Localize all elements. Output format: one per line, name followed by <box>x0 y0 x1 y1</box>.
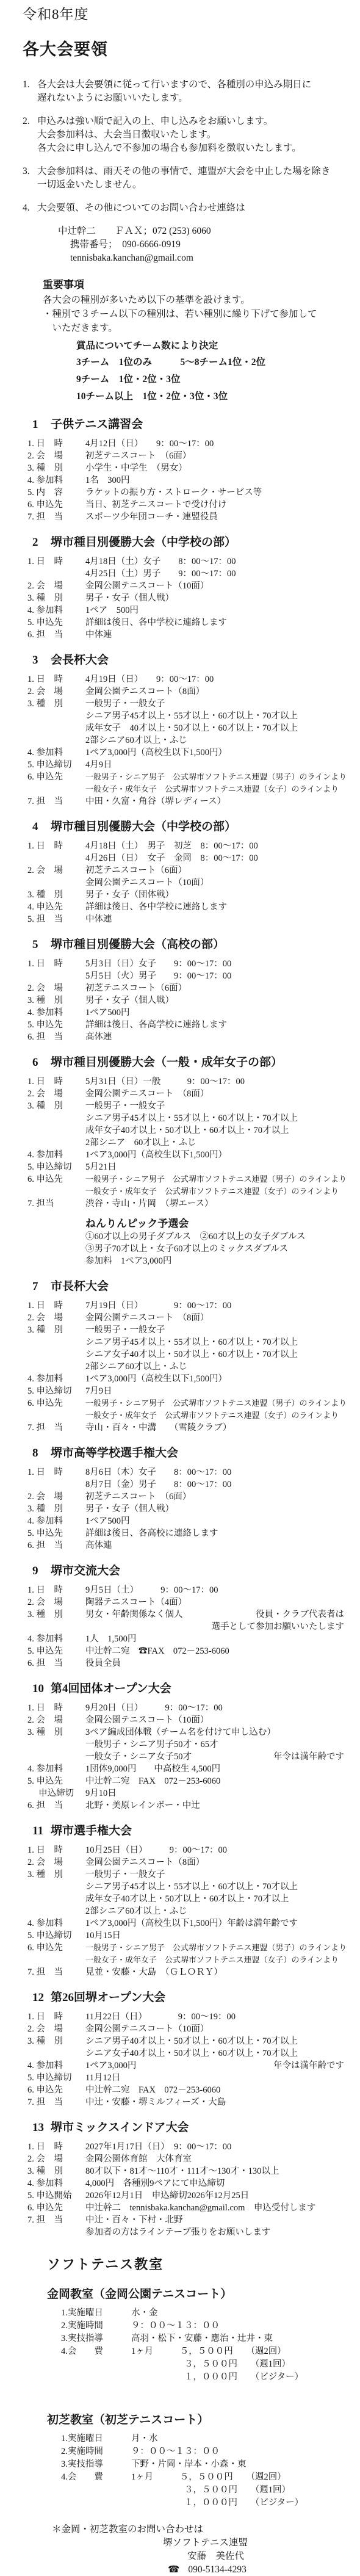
value-line: 役員全員 <box>85 1657 345 1670</box>
detail-row: 4. 参加料1ペア500円 <box>27 1007 345 1019</box>
value-line: 11月12日 <box>85 2072 345 2084</box>
section-items: 1. 日 時10月25日（日） 9：00～17：002. 会 場金岡公園テニスコ… <box>27 1844 345 1978</box>
value-line: 1ペア3,000円年令は満年齢です <box>85 2060 345 2072</box>
detail-value: 5月21日 <box>85 1161 345 1173</box>
value-line: 小学生・中学生 （男女） <box>85 462 345 474</box>
detail-label: 7. 担当 <box>27 1198 85 1210</box>
detail-label: 6. 申込先 <box>27 771 85 795</box>
detail-label: 1. 日 時 <box>27 2141 85 2153</box>
detail-value: 一般男子・シニア男子 公式堺市ソフトテニス連盟（男子）のラインより一般女子・成年… <box>85 1397 345 1422</box>
detail-label: 1. 日 時 <box>27 958 85 982</box>
value-line: 5月31日（日）一般 9：00～17：00 <box>85 1076 345 1088</box>
detail-row: 4. 参加料4,000円 各種別9ペアにて申込締切 <box>27 2177 345 2190</box>
detail-value: シニア男子40才以上・50才以上・60才以上・70才以上シニア女子40才以上・5… <box>85 2035 345 2060</box>
detail-value: 1ペア3,000円（高校生以下1,500円） <box>85 1149 345 1161</box>
detail-value: 高体連 <box>85 1031 345 1043</box>
detail-value: 3ペア編成団体戦（チーム名を付けて申し込む）一般男子・シニア男子50才・65才一… <box>85 1726 345 1763</box>
detail-row: 4. 申込先詳細は後日、各中学校に連絡します <box>27 901 345 913</box>
detail-value: 中辻・百々・下村・北野参加者の方はラインテープ張りをお願いします <box>85 2214 345 2238</box>
detail-label: 4. 参加料 <box>27 1515 85 1527</box>
value-line: 1人 1,500円 <box>85 1633 345 1645</box>
detail-value: 金岡公園テニスコート（10面） <box>85 580 345 592</box>
value-note: 年令は満年齢です <box>273 2060 344 2072</box>
tournament-section: 1子供テニス講習会1. 日 時4月12日（日） 9：00～17：002. 会 場… <box>23 418 345 523</box>
section-number: 6 <box>32 1055 51 1070</box>
detail-value: 9月20日（日） 9：00～17：00 <box>85 1702 345 1714</box>
value-line: 中辻・安藤・堺ミルフィーズ・大島 <box>85 2096 345 2108</box>
tournament-sections: 1子供テニス講習会1. 日 時4月12日（日） 9：00～17：002. 会 場… <box>23 418 345 2238</box>
section-title: 堺市種目別優勝大会（高校の部） <box>51 938 225 952</box>
detail-label: 7. 担 当 <box>27 1966 85 1978</box>
detail-value: 金岡公園テニスコート（8面） <box>85 686 345 698</box>
detail-label: 5. 申込先 <box>27 1527 85 1539</box>
section-items: 1. 日 時11月22日（日） 9：00～19：002. 会 場金岡公園テニスコ… <box>27 2011 345 2108</box>
detail-value: 金岡公園体育館 大体育室 <box>85 2153 345 2165</box>
detail-row: 7. 担 当スポーツ少年団コーチ・連盟役員 <box>27 511 345 523</box>
detail-label: 5. 内 容 <box>27 487 85 499</box>
detail-label: 5. 申込先 <box>27 617 85 629</box>
detail-value: 一般男子・シニア男子 公式堺市ソフトテニス連盟（男子）のラインより一般女子・成年… <box>85 1173 345 1198</box>
detail-value: 水・金 <box>131 2307 345 2320</box>
detail-value: 金岡公園テニスコート（10面） <box>85 2023 345 2035</box>
value-line: 高羽・松下・安藤・應治・辻井・東 <box>131 2332 345 2345</box>
detail-value: 4月19日（日） 9：00～17：00 <box>85 673 345 686</box>
detail-row: 3. 種 別一般男子・一般女子シニア男子45才以上・55才以上・60才以上・70… <box>27 1100 345 1149</box>
detail-label: 4. 参加料 <box>27 747 85 759</box>
detail-value: 1ペア3,000円年令は満年齢です <box>85 2060 345 2072</box>
detail-value: 10月25日（日） 9：00～17：00 <box>85 1844 345 1856</box>
detail-value: 北野・美原レインボー・中辻 <box>85 1800 345 1812</box>
detail-label: 4. 参加料 <box>27 1917 85 1930</box>
section-heading: 12第26回堺オープン大会 <box>32 1991 345 2005</box>
detail-label: 5. 申込先 <box>27 1645 85 1657</box>
important-notice-title: 重要事項 <box>43 277 345 293</box>
detail-row: 3. 種 別80才以下・81才～110才・111才～130才・130以上 <box>27 2165 345 2177</box>
value-line: 大会要領、その他についてのお問い合わせ連絡は <box>37 201 345 215</box>
value-line: 4月19日（日） 9：00～17：00 <box>85 673 345 686</box>
value-line: ・種別で３チーム以下の種別は、若い種別に繰り下げて参加して <box>43 307 345 321</box>
section-items: 1. 日 時4月18日（土） 男子 初芝 8：00～17：004月26日（日） … <box>27 840 345 925</box>
value-line: 男子・女子（団体戦） <box>85 889 345 901</box>
detail-label: 3. 種 別 <box>27 592 85 604</box>
section-number: 1 <box>32 418 51 432</box>
value-line: 7月19日（日） 9：00～17：00 <box>85 1300 345 1312</box>
detail-row: 7. 担 当寺山・百々・中溝 （雪陵クラブ） <box>27 1422 345 1434</box>
detail-value: 8月6日（木）女子 8：00～17：008月7日（金）男子 8：00～17：00 <box>85 1466 345 1491</box>
value-line: ３，５００円 （週1回） <box>131 2484 345 2497</box>
footer-phone-line: ☎090-5134-4293 <box>168 2563 345 2576</box>
detail-row: 2. 会 場初芝テニスコート（6面）金岡公園テニスコート（10面） <box>27 864 345 889</box>
section-title: 堺市種目別優勝大会（中学校の部） <box>51 535 236 550</box>
detail-row: 1. 日 時4月18日（土）女子 8：00～17：004月25日（土）男子 9：… <box>27 555 345 580</box>
detail-value: 詳細は後日、各高学校に連絡します <box>85 1019 345 1031</box>
value-text: 一般女子・シニア女子50才 <box>85 1751 192 1763</box>
detail-value: ９：００～１３：００ <box>131 2320 345 2332</box>
footer-note: ＊金岡・初芝教室のお問い合わせは <box>52 2523 345 2536</box>
detail-value: 詳細は後日、各中学校に連絡します <box>85 617 345 629</box>
detail-row: 4. 参加料1ペア500円 <box>27 1515 345 1527</box>
detail-row: 3. 種 別一般男子・一般女子シニア男子45才以上・55才以上・60才以上・70… <box>27 1324 345 1373</box>
detail-label: 3. 種 別 <box>27 698 85 747</box>
intro-item-number: 4. <box>23 201 37 215</box>
detail-label: 6. 申込先 <box>27 1173 85 1198</box>
value-text: 男女・年齢関係なく個人 <box>85 1608 183 1621</box>
detail-row: 7. 担 当中辻・百々・下村・北野参加者の方はラインテープ張りをお願いします <box>27 2214 345 2238</box>
detail-row: 2. 会 場金岡公園テニスコート（10面） <box>27 1714 345 1726</box>
detail-row: 2. 会 場初芝テニスコート（6面） <box>27 982 345 994</box>
important-notice: 重要事項 各大会の種別が多いため以下の基準を設けます。・種別で３チーム以下の種別… <box>43 277 345 405</box>
detail-label: 4. 参加料 <box>27 1149 85 1161</box>
tournament-section: 7市長杯大会1. 日 時7月19日（日） 9：00～17：002. 会 場金岡公… <box>23 1279 345 1434</box>
tournament-section: 9堺市交流大会1. 日 時9月5日（土） 9：00～17：002. 会 場陶器テ… <box>23 1564 345 1670</box>
value-line: 高体連 <box>85 1539 345 1552</box>
detail-row: 6. 申込先一般男子・シニア男子 公式堺市ソフトテニス連盟（男子）のラインより一… <box>27 1173 345 1198</box>
detail-label: 7. 担 当 <box>27 2214 85 2238</box>
detail-row: 6. 申込先当日、初芝テニスコートで受け付け <box>27 499 345 511</box>
value-line: 1ペア500円 <box>85 1515 345 1527</box>
detail-label: 1. 日 時 <box>27 840 85 864</box>
tournament-section: 11堺市選手権大会1. 日 時10月25日（日） 9：00～17：002. 会 … <box>23 1824 345 1978</box>
detail-label: 7. 担 当 <box>27 511 85 523</box>
value-line: 10月15日 <box>85 1930 345 1942</box>
detail-label: 7. 担 当 <box>27 795 85 808</box>
value-line: 一般女子・シニア女子50才年令は満年齢です <box>85 1751 345 1763</box>
detail-label: 2. 会 場 <box>27 580 85 592</box>
detail-label: 7. 担 当 <box>27 2096 85 2108</box>
section-number: 3 <box>32 653 51 668</box>
value-line: シニア男子45才以上・55才以上・60才以上・70才以上 <box>85 1881 345 1893</box>
value-line: 詳細は後日、各中学校に連絡します <box>85 901 345 913</box>
detail-value: 詳細は後日、各中学校に連絡します <box>85 901 345 913</box>
classroom-list: 金岡教室（金岡公園テニスコート）1.実施曜日水・金2.実施時間９：００～１３：０… <box>23 2287 345 2509</box>
value-line: 2027年1月17日（日） 9：00～17：00 <box>85 2141 345 2153</box>
document-page: 令和8年度 各大会要領 1.各大会は大会要領に従って行いますので、各種別の申込み… <box>0 0 360 2576</box>
detail-row: 7. 担当渋谷・寺山・片岡 （堺エース） <box>27 1198 345 1210</box>
contact-line: 中辻幹二 ＦＡＸ；072 (253) 6060 <box>58 225 345 238</box>
section-items: 1. 日 時8月6日（木）女子 8：00～17：008月7日（金）男子 8：00… <box>27 1466 345 1552</box>
detail-label: 4. 参加料 <box>27 474 85 487</box>
detail-value: 中体連 <box>85 629 345 641</box>
value-line: 1ヶ月 ５，５００円 （週2回） <box>131 2345 345 2358</box>
value-line: 一般女子・成年女子 公式堺市ソフトテニス連盟（女子）のラインより <box>85 1185 345 1198</box>
detail-label: 1. 日 時 <box>27 1844 85 1856</box>
detail-value: 11月12日 <box>85 2072 345 2084</box>
detail-label: 3. 種 別 <box>27 1100 85 1149</box>
detail-value: 5月31日（日）一般 9：00～17：00 <box>85 1076 345 1088</box>
detail-row: 4. 参加料1ペア3,000円年令は満年齢です <box>27 2060 345 2072</box>
detail-row: 2.実施時間９：００～１３：００ <box>61 2320 345 2332</box>
detail-value: 小学生・中学生 （男女） <box>85 462 345 474</box>
value-line: いただきます。 <box>43 321 345 335</box>
detail-value: 一般男子・一般女子シニア男子45才以上・55才以上・60才以上・70才以上成年女… <box>85 1869 345 1917</box>
value-line: 参加者の方はラインテープ張りをお願いします <box>85 2226 345 2238</box>
contact-line: tennisbaka.kanchan@gmail.com <box>70 251 345 265</box>
detail-value: 男子・女子（個人戦） <box>85 592 345 604</box>
detail-label: 2. 会 場 <box>27 450 85 462</box>
detail-label: 1. 日 時 <box>27 438 85 450</box>
detail-row: 3. 種 別一般男子・一般女子シニア男子45才以上・55才以上・60才以上・70… <box>27 1869 345 1917</box>
section-number: 7 <box>32 1279 51 1294</box>
detail-value: 初芝テニスコート （6面） <box>85 1491 345 1503</box>
detail-label: 2.実施時間 <box>61 2445 131 2458</box>
value-line: 一般男子・シニア男子 公式堺市ソフトテニス連盟（男子）のラインより <box>85 771 345 783</box>
value-line: 中体連 <box>85 629 345 641</box>
value-line: 9月20日（日） 9：00～17：00 <box>85 1702 345 1714</box>
detail-label: 4. 参加料 <box>27 1007 85 1019</box>
detail-value: 男子・女子（個人戦） <box>85 994 345 1007</box>
detail-row: 1. 日 時4月19日（日） 9：00～17：00 <box>27 673 345 686</box>
value-line: 成年女子40才以上・50才以上・60才以上・70才以上 <box>85 1893 345 1905</box>
value-line: 1団体9,000円 中高校生 4,500円 <box>85 1763 345 1775</box>
value-line: 10月25日（日） 9：00～17：00 <box>85 1844 345 1856</box>
section-heading: 7市長杯大会 <box>32 1279 345 1294</box>
detail-row: 2. 会 場金岡公園テニスコート（8面） <box>27 686 345 698</box>
detail-value: 4月18日（土） 男子 初芝 8：00～17：004月26日（日） 女子 金岡 … <box>85 840 345 864</box>
detail-row: 2. 会 場金岡公園テニスコート （8面） <box>27 1312 345 1324</box>
value-line: 一般男子・一般女子 <box>85 1869 345 1881</box>
detail-row: 4. 参加料1ペア3,000円（高校生以下1,500円） <box>27 1149 345 1161</box>
detail-value: 1ペア500円 <box>85 1515 345 1527</box>
detail-row: 7. 担 当中辻・安藤・堺ミルフィーズ・大島 <box>27 2096 345 2108</box>
detail-value: 一般男子・シニア男子 公式堺市ソフトテニス連盟（男子）のラインより一般女子・成年… <box>85 771 345 795</box>
section-title: 堺市種目別優勝大会（一般・成年女子の部） <box>51 1055 283 1070</box>
detail-label: 4. 参加料 <box>27 1763 85 1775</box>
detail-value: 7月19日（日） 9：00～17：00 <box>85 1300 345 1312</box>
detail-row: 3.実技指導高羽・松下・安藤・應治・辻井・東 <box>61 2332 345 2345</box>
section-items: 1. 日 時9月5日（土） 9：00～17：002. 会 場陶器テニスコート（4… <box>27 1584 345 1670</box>
value-line: 寺山・百々・中溝 （雪陵クラブ） <box>85 1422 345 1434</box>
detail-row: 2.実施時間９：００～１３：００ <box>61 2445 345 2458</box>
detail-row: 2. 会 場陶器テニスコート（4面） <box>27 1596 345 1608</box>
section-title: 市長杯大会 <box>51 1279 109 1294</box>
section-items: 1. 日 時5月31日（日）一般 9：00～17：002. 会 場金岡公園テニス… <box>27 1076 345 1210</box>
detail-value: 1ペア3,000円（高校生以下1,500円） <box>85 1373 345 1385</box>
intro-item-text: 大会参加料は、雨天その他の事情で、連盟が大会を中止した場を除き一切返金いたしませ… <box>37 165 345 192</box>
detail-label: 4. 参加料 <box>27 2060 85 2072</box>
detail-value: 4月9日 <box>85 759 345 771</box>
value-line: 初芝テニスコート （6面） <box>85 450 345 462</box>
detail-value: 金岡公園テニスコート （8面） <box>85 1312 345 1324</box>
tournament-section: 6堺市種目別優勝大会（一般・成年女子の部）1. 日 時5月31日（日）一般 9：… <box>23 1055 345 1267</box>
detail-value: 1ヶ月 ５，５００円 （週2回） ３，５００円 （週1回） １，０００円 （ビジ… <box>131 2345 345 2384</box>
value-line: ３，５００円 （週1回） <box>131 2358 345 2371</box>
detail-row: 1. 日 時2027年1月17日（日） 9：00～17：00 <box>27 2141 345 2153</box>
detail-label: 4. 参加料 <box>27 604 85 617</box>
value-line: 金岡公園テニスコート （8面） <box>85 1312 345 1324</box>
prize-rules-title: 賞品についてチーム数により決定 <box>76 338 345 354</box>
detail-label: 3. 種 別 <box>27 2165 85 2177</box>
prize-rules: 賞品についてチーム数により決定 3チーム 1位のみ 5～8チーム1位・2位9チー… <box>76 338 345 405</box>
value-line: 金岡公園テニスコート（10面） <box>85 1714 345 1726</box>
value-line: 詳細は後日、各高校に連絡します <box>85 1527 345 1539</box>
value-line: 5月3日（日）女子 9：00～17：00 <box>85 958 345 970</box>
value-line: 2026年12月1日 申込締切2026年12月25日 <box>85 2190 345 2202</box>
value-line: 1ペア 500円 <box>85 604 345 617</box>
detail-label: 5. 申込開始 <box>27 2190 85 2202</box>
detail-value: 11月22日（日） 9：00～19：00 <box>85 2011 345 2023</box>
detail-label: 6. 申込先 <box>27 1397 85 1422</box>
era-year: 令和8年度 <box>23 6 345 23</box>
footer-organization: 堺ソフトテニス連盟 <box>163 2536 345 2550</box>
detail-row: 4. 参加料1団体9,000円 中高校生 4,500円 <box>27 1763 345 1775</box>
value-line: 4月9日 <box>85 759 345 771</box>
detail-value: 中田・久富・角谷（堺レディース） <box>85 795 345 808</box>
detail-label: 3.実技指導 <box>61 2458 131 2471</box>
detail-row: 1.実施曜日月・水 <box>61 2433 345 2445</box>
value-line: 4月18日（土） 男子 初芝 8：00～17：00 <box>85 840 345 852</box>
detail-row: 5. 申込先詳細は後日、各高学校に連絡します <box>27 1019 345 1031</box>
value-line: 各大会の種別が多いため以下の基準を設けます。 <box>43 293 345 307</box>
detail-value: 1ペア500円 <box>85 1007 345 1019</box>
detail-label: 5. 申込締切 <box>27 1930 85 1942</box>
value-line: 3ペア編成団体戦（チーム名を付けて申し込む） <box>85 1726 345 1738</box>
intro-item-text: 申込みは強い順で記入の上、申し込みをお願いします。大会参加料は、大会当日徴収いた… <box>37 115 345 155</box>
detail-label: 2. 会 場 <box>27 864 85 889</box>
detail-label: 1. 日 時 <box>27 2011 85 2023</box>
detail-label: 1. 日 時 <box>27 555 85 580</box>
detail-value: 金岡公園テニスコート（10面） <box>85 1714 345 1726</box>
detail-row: 3. 種 別小学生・中学生 （男女） <box>27 462 345 474</box>
value-line: 陶器テニスコート（4面） <box>85 1596 345 1608</box>
detail-label: 5. 担 当 <box>27 913 85 925</box>
detail-label: 4. 参加料 <box>27 1373 85 1385</box>
value-line: 選手として参加お願いいたします <box>85 1621 345 1633</box>
section-title: 第26回堺オープン大会 <box>51 1991 165 2005</box>
value-line: 金岡公園テニスコート（10面） <box>85 580 345 592</box>
intro-item-number: 1. <box>23 78 37 105</box>
value-line: 9チーム 1位・2位・3位 <box>76 371 345 388</box>
value-line: 金岡公園テニスコート （8面） <box>85 1088 345 1100</box>
section-heading: 1子供テニス講習会 <box>32 418 345 432</box>
value-line: 3チーム 1位のみ 5～8チーム1位・2位 <box>76 354 345 371</box>
value-line: 一般女子・成年女子 公式堺市ソフトテニス連盟（女子）のラインより <box>85 783 345 795</box>
detail-row: 6. 担 当高体連 <box>27 1031 345 1043</box>
contact-block: 中辻幹二 ＦＡＸ；072 (253) 6060携帯番号； 090-6666-09… <box>58 225 345 265</box>
detail-row: 2. 会 場初芝テニスコート （6面） <box>27 450 345 462</box>
detail-row: 5. 申込締切10月15日 <box>27 1930 345 1942</box>
detail-value: 高羽・松下・安藤・應治・辻井・東 <box>131 2332 345 2345</box>
value-line: 初芝テニスコート（6面） <box>85 864 345 877</box>
detail-row: 4. 参加料1ペア3,000円（高校生以下1,500円）年齢は満年齢です <box>27 1917 345 1930</box>
detail-value: 10月15日 <box>85 1930 345 1942</box>
value-line: 一般女子・成年女子 公式堺市ソフトテニス連盟（女子）のラインより <box>85 1954 345 1966</box>
detail-value: 4月18日（土）女子 8：00～17：004月25日（土）男子 9：00～17：… <box>85 555 345 580</box>
value-line: 下野・片岡・岸本・小森・東 <box>131 2458 345 2471</box>
detail-value: 渋谷・寺山・片岡 （堺エース） <box>85 1198 345 1210</box>
detail-row: 3.実技指導下野・片岡・岸本・小森・東 <box>61 2458 345 2471</box>
detail-value: 1ペア3,000円（高校生以下1,500円） <box>85 747 345 759</box>
value-line: 2部シニア60才以上・ふじ <box>85 1361 345 1373</box>
section-number: 10 <box>32 1682 51 1696</box>
detail-row: 5. 内 容ラケットの振り方・ストローク・サービス等 <box>27 487 345 499</box>
section-heading: 6堺市種目別優勝大会（一般・成年女子の部） <box>32 1055 345 1070</box>
value-line: 北野・美原レインボー・中辻 <box>85 1800 345 1812</box>
value-line: シニア男子40才以上・50才以上・60才以上・70才以上 <box>85 2035 345 2047</box>
detail-row: 5. 申込締切4月9日 <box>27 759 345 771</box>
detail-row: 5. 申込締切7月9日 <box>27 1385 345 1397</box>
detail-row: 2. 会 場金岡公園テニスコート（10面） <box>27 580 345 592</box>
classroom-items: 1.実施曜日水・金2.実施時間９：００～１３：００3.実技指導高羽・松下・安藤・… <box>61 2307 345 2384</box>
intro-item: 3.大会参加料は、雨天その他の事情で、連盟が大会を中止した場を除き一切返金いたし… <box>23 165 345 192</box>
value-line: 詳細は後日、各高学校に連絡します <box>85 1019 345 1031</box>
detail-value: 一般男子・一般女子シニア男子45才以上・55才以上・60才以上・70才以上成年女… <box>85 698 345 747</box>
detail-row: 3. 種 別男女・年齢関係なく個人役員・クラブ代表者は選手として参加お願いいたし… <box>27 1608 345 1633</box>
detail-label: 5. 申込締切 <box>27 2072 85 2084</box>
value-line: 渋谷・寺山・片岡 （堺エース） <box>85 1198 345 1210</box>
value-line: 4月12日（日） 9：00～17：00 <box>85 438 345 450</box>
detail-row: 4. 参加料1ペア3,000円（高校生以下1,500円） <box>27 1373 345 1385</box>
detail-row: 6. 申込先一般男子・シニア男子 公式堺市ソフトテニス連盟（男子）のラインより一… <box>27 1942 345 1966</box>
value-line: 9月5日（土） 9：00～17：00 <box>85 1584 345 1596</box>
value-line: 10チーム以上 1位・2位・3位・3位 <box>76 388 345 405</box>
section-number: 13 <box>32 2121 51 2135</box>
detail-label: 2. 会 場 <box>27 1088 85 1100</box>
detail-row: 2. 会 場金岡公園体育館 大体育室 <box>27 2153 345 2165</box>
detail-row: 1. 日 時9月20日（日） 9：00～17：00 <box>27 1702 345 1714</box>
detail-value: 男子・女子（団体戦） <box>85 889 345 901</box>
detail-value: ラケットの振り方・ストローク・サービス等 <box>85 487 345 499</box>
detail-row: 7. 担 当見並・安藤・大島 （ＧＬＯＲＹ） <box>27 1966 345 1978</box>
detail-label: 3. 種 別 <box>27 1608 85 1633</box>
detail-row: 3. 種 別3ペア編成団体戦（チーム名を付けて申し込む）一般男子・シニア男子50… <box>27 1726 345 1763</box>
value-line: 中田・久富・角谷（堺レディース） <box>85 795 345 808</box>
detail-row: 3. 種 別シニア男子40才以上・50才以上・60才以上・70才以上シニア女子4… <box>27 2035 345 2060</box>
detail-value: 1ペア3,000円（高校生以下1,500円）年齢は満年齢です <box>85 1917 345 1930</box>
detail-label: 6. 担 当 <box>27 1657 85 1670</box>
value-line: 当日、初芝テニスコートで受け付け <box>85 499 345 511</box>
section-heading: 3会長杯大会 <box>32 653 345 668</box>
value-line: 詳細は後日、各中学校に連絡します <box>85 617 345 629</box>
detail-value: 中辻幹二宛 FAX 072－253-6060 <box>85 1775 345 1787</box>
value-line: 1ペア3,000円（高校生以下1,500円） <box>85 1149 345 1161</box>
detail-value: 詳細は後日、各高校に連絡します <box>85 1527 345 1539</box>
detail-label: 6. 申込先 <box>27 2084 85 2096</box>
value-line: 男女・年齢関係なく個人役員・クラブ代表者は <box>85 1608 345 1621</box>
detail-value: 中辻幹二宛 ☎FAX 072－253-6060 <box>85 1645 345 1657</box>
classroom: 初芝教室（初芝テニスコート）1.実施曜日月・水2.実施時間９：００～１３：００3… <box>23 2413 345 2509</box>
detail-value: 陶器テニスコート（4面） <box>85 1596 345 1608</box>
section-number: 12 <box>32 1991 51 2005</box>
section-items: 1. 日 時7月19日（日） 9：00～17：002. 会 場金岡公園テニスコー… <box>27 1300 345 1434</box>
value-line: 各大会に申し込んで不参加の場合も参加料を徴収いたします。 <box>37 142 345 155</box>
section-heading: 8堺市高等学校選手権大会 <box>32 1446 345 1461</box>
detail-label: 5. 申込締切 <box>27 1161 85 1173</box>
intro-item-text: 大会要領、その他についてのお問い合わせ連絡は <box>37 201 345 215</box>
detail-row: 1. 日 時5月3日（日）女子 9：00～17：005月5日（火）男子 9：00… <box>27 958 345 982</box>
value-line: 金岡公園テニスコート（10面） <box>85 2023 345 2035</box>
detail-label: 3. 種 別 <box>27 1324 85 1373</box>
value-line: 4月18日（土）女子 8：00～17：00 <box>85 555 345 568</box>
detail-value: 9月5日（土） 9：00～17：00 <box>85 1584 345 1596</box>
value-line: 中辻・百々・下村・北野 <box>85 2214 345 2226</box>
detail-label: 6. 担 当 <box>27 629 85 641</box>
value-note: 役員・クラブ代表者は <box>256 1608 344 1621</box>
footer-phone-number: 090-5134-4293 <box>188 2564 247 2575</box>
detail-label: 4.会 費 <box>61 2345 131 2384</box>
value-line: 1ヶ月 ５，５００円 （週2回） <box>131 2471 345 2484</box>
detail-label: 3. 種 別 <box>27 994 85 1007</box>
detail-row: 1.実施曜日水・金 <box>61 2307 345 2320</box>
tournament-section: 2堺市種目別優勝大会（中学校の部）1. 日 時4月18日（土）女子 8：00～1… <box>23 535 345 641</box>
detail-label: 6. 申込先 <box>27 2202 85 2214</box>
value-line: ９：００～１３：００ <box>131 2445 345 2458</box>
detail-value: 1団体9,000円 中高校生 4,500円 <box>85 1763 345 1775</box>
value-line: 金岡公園テニスコート（10面） <box>85 877 345 889</box>
detail-value: 4月12日（日） 9：00～17：00 <box>85 438 345 450</box>
detail-row: 4. 参加料1人 1,500円 <box>27 1633 345 1645</box>
detail-row: 5. 申込先中辻幹二宛 ☎FAX 072－253-6060 <box>27 1645 345 1657</box>
phone-icon: ☎ <box>168 2564 179 2575</box>
